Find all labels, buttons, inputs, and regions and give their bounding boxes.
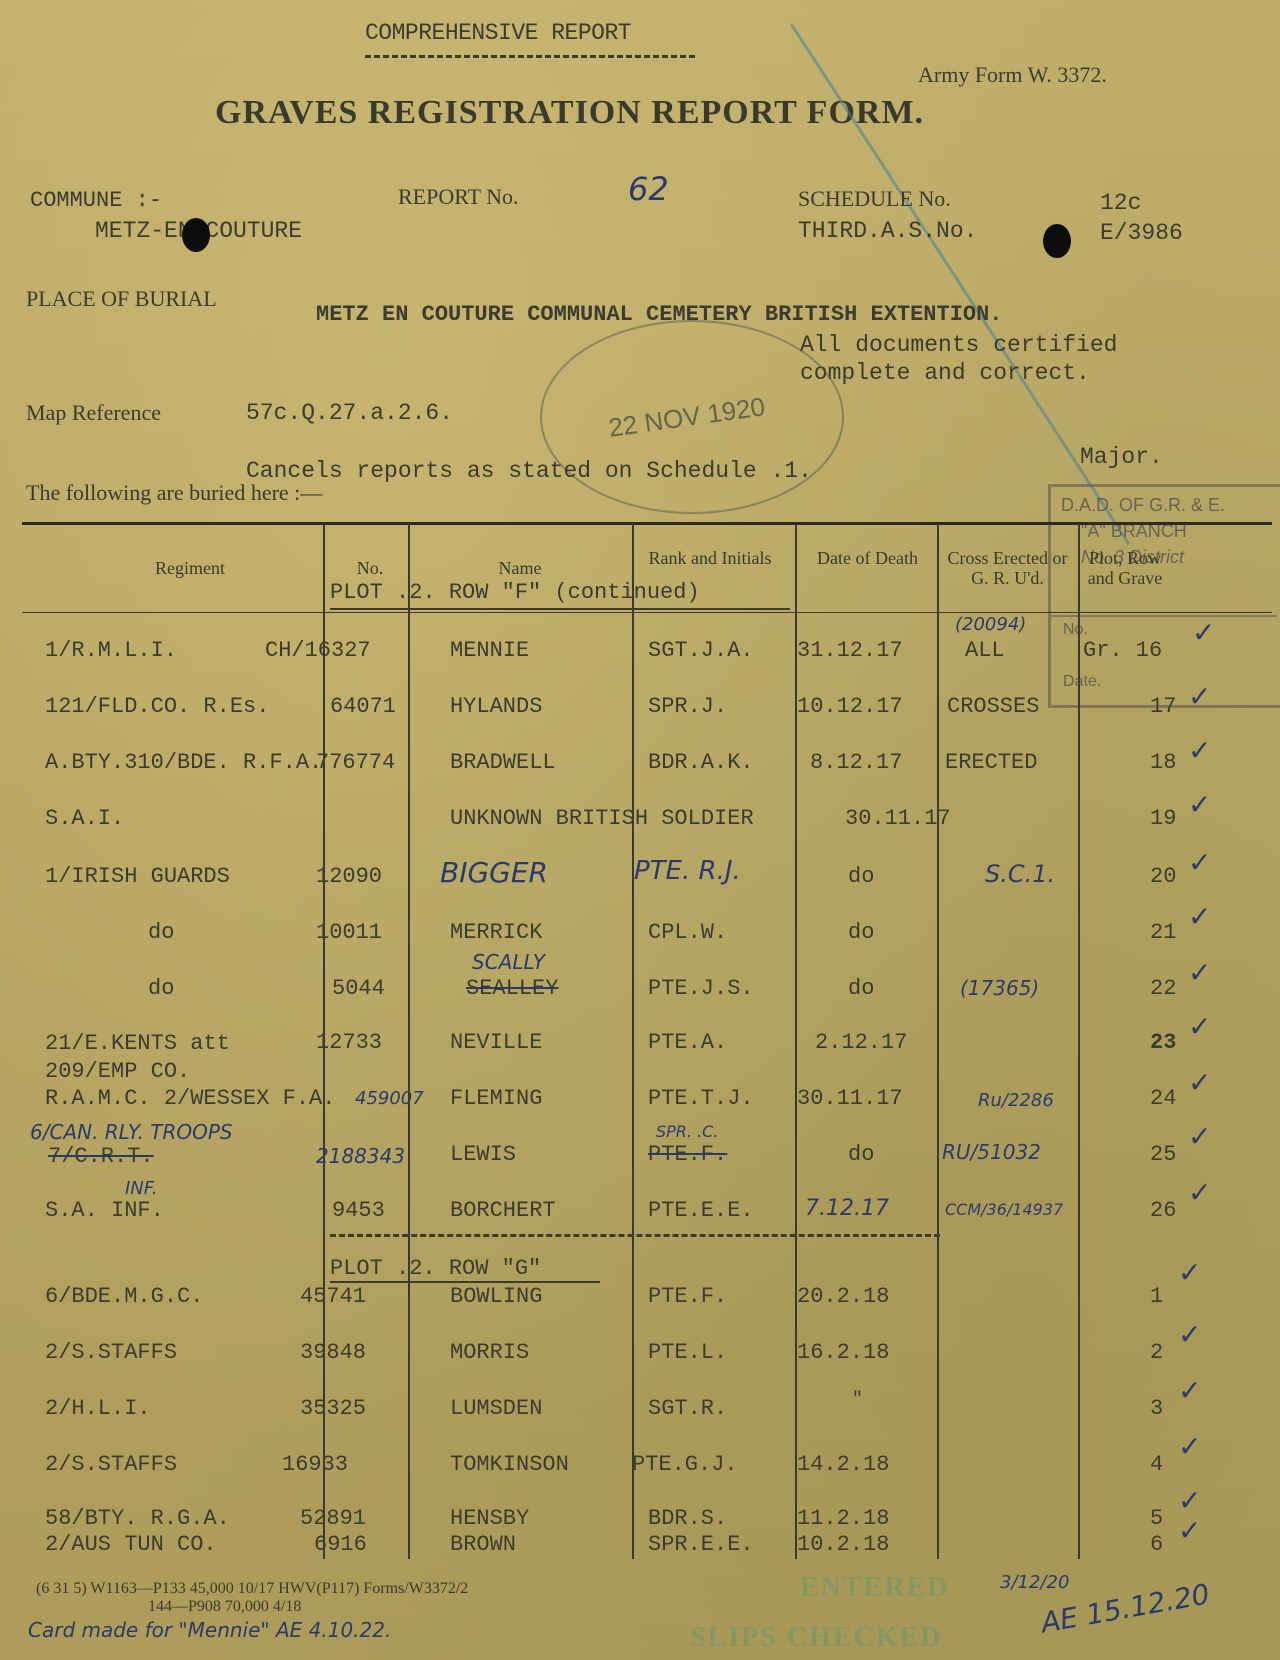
cell-grave: 5: [1150, 1506, 1163, 1531]
cell-rank: CPL.W.: [648, 920, 727, 945]
section-separator: [330, 1234, 940, 1237]
cell-regiment: A.BTY.310/BDE. R.F.A.: [45, 750, 322, 775]
cell-date: 7.12.17: [805, 1196, 889, 1221]
schedule-no-label: SCHEDULE No.: [798, 186, 951, 212]
cell-regiment: R.A.M.C. 2/WESSEX F.A.: [45, 1086, 335, 1111]
cell-grave: 1: [1150, 1284, 1163, 1309]
column-divider: [937, 524, 939, 1559]
col-header-name: Name: [460, 558, 580, 578]
cell-name: BROWN: [450, 1532, 516, 1557]
schedule-no-value: 12c: [1100, 190, 1141, 216]
cell-no: 52891: [300, 1506, 366, 1531]
cell-date: do: [848, 920, 874, 945]
cell-date: 30.11.17: [797, 1086, 903, 1111]
check-mark-icon: ✓: [1188, 900, 1211, 933]
cell-name: LUMSDEN: [450, 1396, 542, 1421]
col-header-cross: Cross Erected or G. R. U'd.: [940, 548, 1075, 588]
col-header-regiment: Regiment: [120, 558, 260, 578]
section-row-f-underline: [330, 608, 790, 610]
cell-date: 2.12.17: [815, 1030, 907, 1055]
cell-rank: PTE.F.: [648, 1284, 727, 1309]
third-as-value: E/3986: [1100, 220, 1183, 246]
check-mark-icon: ✓: [1188, 734, 1211, 767]
cell-rank-struck: PTE.F.: [648, 1142, 727, 1167]
col-header-plot: Plot, Row and Grave: [1080, 548, 1170, 588]
cell-cross-note: (20094): [955, 614, 1026, 635]
cell-rank: SGT.R.: [648, 1396, 727, 1421]
cell-no: 2188343: [316, 1144, 405, 1168]
check-mark-icon: ✓: [1178, 1484, 1201, 1517]
cell-name: HENSBY: [450, 1506, 529, 1531]
check-mark-icon: ✓: [1188, 956, 1211, 989]
buried-here-label: The following are buried here :—: [26, 480, 322, 506]
check-mark-icon: ✓: [1188, 1120, 1211, 1153]
cell-grave: 21: [1150, 920, 1176, 945]
cell-no: 10011: [316, 920, 382, 945]
cell-grave: 6: [1150, 1532, 1163, 1557]
print-code-line-1: (6 31 5) W1163—P133 45,000 10/17 HWV(P11…: [36, 1580, 468, 1598]
map-reference-value: 57c.Q.27.a.2.6.: [246, 400, 453, 426]
cell-name: MERRICK: [450, 920, 542, 945]
col-header-rank: Rank and Initials: [640, 548, 780, 568]
graves-registration-form: COMPREHENSIVE REPORT Army Form W. 3372. …: [0, 0, 1280, 1660]
cell-cross: ERECTED: [945, 750, 1037, 775]
cell-regiment: do: [148, 920, 174, 945]
check-mark-icon: ✓: [1188, 788, 1211, 821]
check-mark-icon: ✓: [1178, 1514, 1201, 1547]
cell-no: 45741: [300, 1284, 366, 1309]
column-divider: [795, 524, 797, 1559]
cell-grave: 17: [1150, 694, 1176, 719]
cell-name: BORCHERT: [450, 1198, 556, 1223]
cell-date: 10.2.18: [797, 1532, 889, 1557]
punch-hole: [182, 218, 210, 252]
cell-name: FLEMING: [450, 1086, 542, 1111]
check-mark-icon: ✓: [1188, 846, 1211, 879]
cell-no: 459007: [355, 1088, 424, 1109]
cell-regiment: S.A.I.: [45, 806, 124, 831]
cell-name: BOWLING: [450, 1284, 542, 1309]
entered-stamp: ENTERED: [800, 1572, 949, 1604]
cell-name-struck: SEALLEY: [466, 976, 558, 1001]
cell-name: MORRIS: [450, 1340, 529, 1365]
cell-grave: 25: [1150, 1142, 1176, 1167]
check-mark-icon: ✓: [1188, 1066, 1211, 1099]
cell-rank: PTE.L.: [648, 1340, 727, 1365]
cell-regiment: 2/S.STAFFS: [45, 1452, 177, 1477]
cell-grave: Gr. 16: [1083, 638, 1162, 663]
report-no-label: REPORT No.: [398, 184, 519, 210]
cell-name: NEVILLE: [450, 1030, 542, 1055]
cell-rank: BDR.A.K.: [648, 750, 754, 775]
cell-name: UNKNOWN BRITISH SOLDIER: [450, 806, 754, 831]
cell-rank: SPR. .C.: [656, 1122, 718, 1141]
slips-checked-stamp: SLIPS CHECKED: [690, 1622, 942, 1654]
print-code-line-2: 144—P908 70,000 4/18: [148, 1598, 301, 1616]
cell-no: 9453: [332, 1198, 385, 1223]
cell-rank: PTE.G.J.: [632, 1452, 738, 1477]
cell-date: ": [852, 1390, 863, 1410]
cell-regiment: 58/BTY. R.G.A.: [45, 1506, 230, 1531]
cell-no: 64071: [330, 694, 396, 719]
check-mark-icon: ✓: [1188, 1176, 1211, 1209]
stamp-date-label: Date.: [1063, 673, 1101, 691]
dad-gre-stamp: D.A.D. OF G.R. & E. "A" BRANCH No. 3 Dis…: [1048, 484, 1280, 708]
form-title: GRAVES REGISTRATION REPORT FORM.: [215, 94, 924, 132]
place-of-burial-label: PLACE OF BURIAL: [26, 286, 217, 312]
cell-regiment: S.A. INF.: [45, 1198, 164, 1223]
cell-no: 5044: [332, 976, 385, 1001]
cell-date: do: [848, 864, 874, 889]
certified-line-1: All documents certified: [800, 332, 1117, 358]
cell-date: do: [848, 1142, 874, 1167]
cell-name: LEWIS: [450, 1142, 516, 1167]
signatory-rank: Major.: [1080, 444, 1163, 470]
cell-name: SCALLY: [472, 950, 545, 974]
cell-date: 31.12.17: [797, 638, 903, 663]
cell-rank: PTE.E.E.: [648, 1198, 754, 1223]
cell-no: 776774: [316, 750, 395, 775]
cell-date: 8.12.17: [810, 750, 902, 775]
cell-grave: 18: [1150, 750, 1176, 775]
column-divider: [1078, 524, 1080, 1559]
certified-line-2: complete and correct.: [800, 360, 1090, 386]
cell-grave: 2: [1150, 1340, 1163, 1365]
cell-regiment: 21/E.KENTS att 209/EMP CO.: [45, 1030, 315, 1086]
cancels-note: Cancels reports as stated on Schedule .1…: [246, 458, 812, 484]
check-mark-icon: ✓: [1178, 1318, 1201, 1351]
cell-cross: CROSSES: [947, 694, 1039, 719]
cell-regiment: 2/AUS TUN CO.: [45, 1532, 217, 1557]
check-mark-icon: ✓: [1192, 616, 1215, 649]
cell-name: HYLANDS: [450, 694, 542, 719]
cell-regiment: 1/R.M.L.I.: [45, 638, 177, 663]
cell-rank: PTE.T.J.: [648, 1086, 754, 1111]
report-no-value: 62: [628, 170, 669, 208]
cell-date: 30.11.17: [845, 806, 951, 831]
check-mark-icon: ✓: [1178, 1256, 1201, 1289]
cell-no: 6916: [314, 1532, 367, 1557]
cell-regiment: 1/IRISH GUARDS: [45, 864, 230, 889]
cell-regiment: 2/S.STAFFS: [45, 1340, 177, 1365]
cell-cross: S.C.1.: [985, 860, 1055, 888]
cell-cross: RU/51032: [942, 1140, 1041, 1164]
cell-name: BIGGER: [440, 856, 548, 889]
cell-date: 11.2.18: [797, 1506, 889, 1531]
cell-rank: SPR.J.: [648, 694, 727, 719]
check-mark-icon: ✓: [1188, 1010, 1211, 1043]
cell-rank: BDR.S.: [648, 1506, 727, 1531]
table-header-rule: [22, 612, 1272, 613]
cell-regiment: 121/FLD.CO. R.Es.: [45, 694, 269, 719]
section-row-g-label: PLOT .2. ROW "G": [330, 1256, 541, 1281]
check-mark-icon: ✓: [1178, 1374, 1201, 1407]
cell-no: 35325: [300, 1396, 366, 1421]
cell-date: do: [848, 976, 874, 1001]
cell-cross: Ru/2286: [978, 1090, 1054, 1111]
cell-no: 12090: [316, 864, 382, 889]
column-divider: [632, 524, 634, 1559]
cell-cross: ALL: [965, 638, 1005, 663]
cell-grave: 23: [1150, 1030, 1176, 1055]
cell-no: 12733: [316, 1030, 382, 1055]
cell-grave: 22: [1150, 976, 1176, 1001]
punch-hole: [1043, 224, 1071, 258]
cell-regiment-correction: INF.: [125, 1178, 158, 1199]
cell-rank: PTE. R.J.: [634, 856, 741, 886]
col-header-no: No.: [340, 558, 400, 578]
commune-label: COMMUNE :-: [30, 188, 162, 213]
stamp-no-label: No.: [1063, 621, 1088, 639]
cell-rank: PTE.J.S.: [648, 976, 754, 1001]
cell-name: MENNIE: [450, 638, 529, 663]
section-row-g-underline: [330, 1281, 600, 1283]
cell-date: 14.2.18: [797, 1452, 889, 1477]
cell-cross: (17365): [960, 976, 1039, 1000]
cell-date: 20.2.18: [797, 1284, 889, 1309]
cell-grave: 24: [1150, 1086, 1176, 1111]
cell-grave: 4: [1150, 1452, 1163, 1477]
check-mark-icon: ✓: [1178, 1430, 1201, 1463]
col-header-date: Date of Death: [805, 548, 930, 568]
cell-cross: CCM/36/14937: [945, 1200, 1063, 1219]
table-top-rule: [22, 522, 1272, 525]
check-mark-icon: ✓: [1188, 680, 1211, 713]
cell-no: CH/16327: [265, 638, 371, 663]
cell-rank: SGT.J.A.: [648, 638, 754, 663]
army-form-number: Army Form W. 3372.: [918, 62, 1107, 88]
handwritten-card-note: Card made for "Mennie" AE 4.10.22.: [28, 1618, 391, 1642]
cell-date: 10.12.17: [797, 694, 903, 719]
cell-name: BRADWELL: [450, 750, 556, 775]
cell-grave: 3: [1150, 1396, 1163, 1421]
cell-regiment-struck: 7/C.R.T.: [48, 1144, 154, 1169]
cell-no: 16933: [282, 1452, 348, 1477]
stamp-line-1: D.A.D. OF G.R. & E.: [1061, 495, 1225, 516]
section-row-f-label: PLOT .2. ROW "F" (continued): [330, 580, 700, 605]
cell-name: TOMKINSON: [450, 1452, 569, 1477]
handwritten-small-date: 3/12/20: [1000, 1572, 1069, 1593]
cell-rank: SPR.E.E.: [648, 1532, 754, 1557]
cell-regiment: 6/CAN. RLY. TROOPS: [30, 1120, 233, 1144]
comprehensive-report-heading: COMPREHENSIVE REPORT: [365, 20, 631, 46]
cell-grave: 20: [1150, 864, 1176, 889]
cell-grave: 26: [1150, 1198, 1176, 1223]
cell-regiment: do: [148, 976, 174, 1001]
cell-regiment: 6/BDE.M.G.C.: [45, 1284, 203, 1309]
cell-regiment: 2/H.L.I.: [45, 1396, 151, 1421]
cell-grave: 19: [1150, 806, 1176, 831]
third-as-label: THIRD.A.S.No.: [798, 218, 977, 244]
column-divider: [408, 524, 410, 1559]
cell-date: 16.2.18: [797, 1340, 889, 1365]
cell-rank: PTE.A.: [648, 1030, 727, 1055]
heading-dash-rule: [365, 55, 695, 58]
map-reference-label: Map Reference: [26, 400, 161, 426]
cell-no: 39848: [300, 1340, 366, 1365]
